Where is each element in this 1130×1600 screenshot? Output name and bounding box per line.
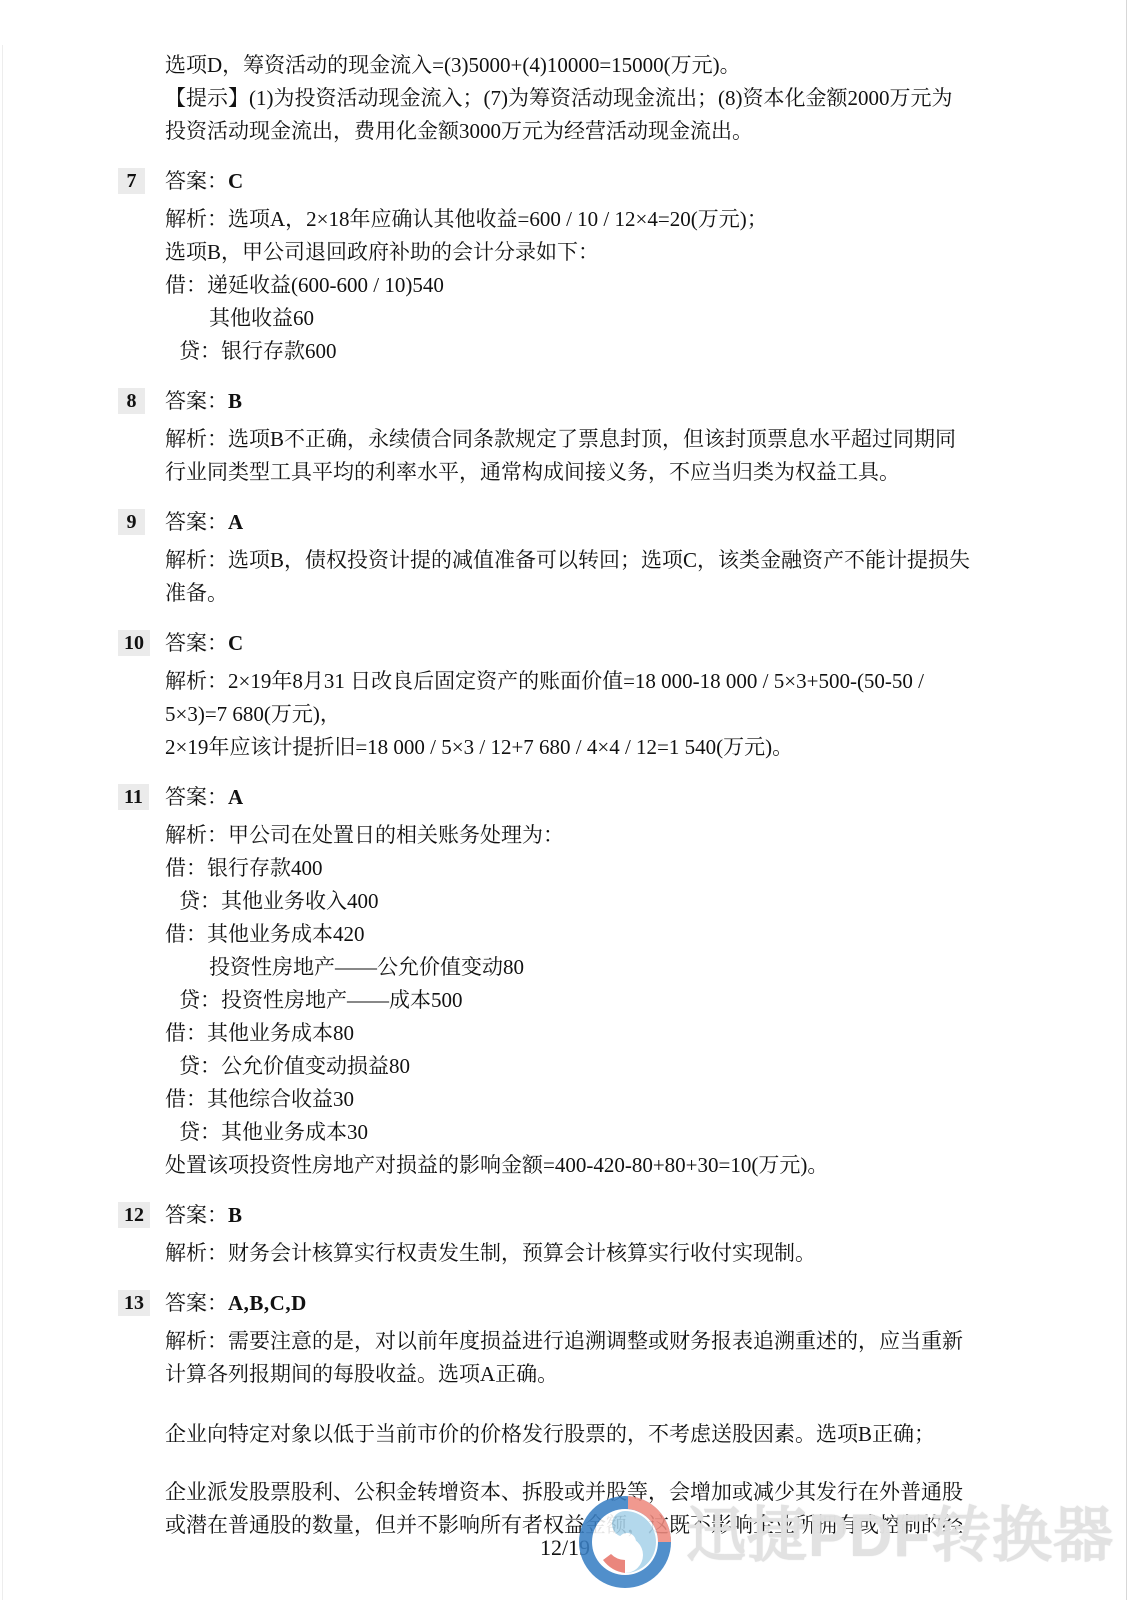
answer-label: 答案： bbox=[165, 169, 228, 193]
answer-explanation: 解析：2×19年8月31 日改良后固定资产的账面价值=18 000-18 000… bbox=[165, 665, 1005, 764]
text-line: 计算各列报期间的每股收益。选项A正确。 bbox=[165, 1358, 1005, 1391]
question-number-badge: 13 bbox=[118, 1290, 150, 1316]
text-line: 解析：2×19年8月31 日改良后固定资产的账面价值=18 000-18 000… bbox=[165, 665, 1005, 698]
text-line: 解析：甲公司在处置日的相关账务处理为： bbox=[165, 819, 1005, 852]
answer-label: 答案： bbox=[165, 631, 228, 655]
text-line: 【提示】(1)为投资活动现金流入；(7)为筹资活动现金流出；(8)资本化金额20… bbox=[165, 82, 1005, 115]
answer-item-11: 11 答案：A 解析：甲公司在处置日的相关账务处理为： 借：银行存款400 贷：… bbox=[165, 781, 1005, 1182]
answer-item-7: 7 答案：C 解析：选项A，2×18年应确认其他收益=600 / 10 / 12… bbox=[165, 165, 1005, 368]
page-number: 12/19 bbox=[0, 1531, 1130, 1564]
answer-value: B bbox=[228, 389, 243, 413]
answer-header: 11 答案：A bbox=[165, 781, 1005, 814]
answer-label: 答案： bbox=[165, 389, 228, 413]
text-line: 解析：选项B不正确，永续债合同条款规定了票息封顶，但该封顶票息水平超过同期同 bbox=[165, 423, 1005, 456]
text-line: 企业派发股票股利、公积金转增资本、拆股或并股等，会增加或减少其发行在外普通股 bbox=[165, 1476, 1005, 1509]
answer-explanation: 解析：甲公司在处置日的相关账务处理为： 借：银行存款400 贷：其他业务收入40… bbox=[165, 819, 1005, 1182]
answer-label: 答案： bbox=[165, 785, 228, 809]
answer-label: 答案： bbox=[165, 510, 228, 534]
answer-header: 10 答案：C bbox=[165, 627, 1005, 660]
entry-line: 借：递延收益(600-600 / 10)540 bbox=[165, 269, 1005, 302]
text-line: 2×19年应该计提折旧=18 000 / 5×3 / 12+7 680 / 4×… bbox=[165, 731, 1005, 764]
entry-line: 投资性房地产——公允价值变动80 bbox=[165, 951, 1005, 984]
text-line: 准备。 bbox=[165, 577, 1005, 610]
answer-value: C bbox=[228, 169, 244, 193]
entry-line: 贷：其他业务成本30 bbox=[165, 1116, 1005, 1149]
text-line: 解析：财务会计核算实行权责发生制，预算会计核算实行收付实现制。 bbox=[165, 1237, 1005, 1270]
answer-explanation: 解析：需要注意的是，对以前年度损益进行追溯调整或财务报表追溯重述的，应当重新 计… bbox=[165, 1325, 1005, 1542]
entry-line: 借：其他综合收益30 bbox=[165, 1083, 1005, 1116]
answer-item-8: 8 答案：B 解析：选项B不正确，永续债合同条款规定了票息封顶，但该封顶票息水平… bbox=[165, 385, 1005, 489]
page-left-border bbox=[2, 45, 3, 1600]
answer-header: 7 答案：C bbox=[165, 165, 1005, 198]
answer-header: 13 答案：A,B,C,D bbox=[165, 1287, 1005, 1320]
answer-header: 8 答案：B bbox=[165, 385, 1005, 418]
answer-value: A bbox=[228, 510, 244, 534]
question-number-badge: 10 bbox=[118, 630, 150, 656]
answer-label: 答案： bbox=[165, 1291, 228, 1315]
text-line: 企业向特定对象以低于当前市价的价格发行股票的，不考虑送股因素。选项B正确； bbox=[165, 1418, 1005, 1451]
answer-value: A bbox=[228, 785, 244, 809]
text-line: 处置该项投资性房地产对损益的影响金额=400-420-80+80+30=10(万… bbox=[165, 1149, 1005, 1182]
question-number-badge: 11 bbox=[118, 784, 149, 810]
text-line: 解析：选项B，债权投资计提的减值准备可以转回；选项C，该类金融资产不能计提损失 bbox=[165, 544, 1005, 577]
question-number-badge: 12 bbox=[118, 1202, 150, 1228]
pdf-document-page: 选项D，筹资活动的现金流入=(3)5000+(4)10000=15000(万元)… bbox=[0, 0, 1130, 1600]
text-line: 5×3)=7 680(万元)， bbox=[165, 698, 1005, 731]
answer-item-9: 9 答案：A 解析：选项B，债权投资计提的减值准备可以转回；选项C，该类金融资产… bbox=[165, 506, 1005, 610]
text-line: 选项B，甲公司退回政府补助的会计分录如下： bbox=[165, 236, 1005, 269]
question-number-badge: 8 bbox=[118, 388, 145, 414]
entry-line: 贷：银行存款600 bbox=[165, 335, 1005, 368]
page-right-border bbox=[1126, 0, 1127, 1600]
intro-paragraph: 选项D，筹资活动的现金流入=(3)5000+(4)10000=15000(万元)… bbox=[165, 49, 1005, 148]
answer-item-12: 12 答案：B 解析：财务会计核算实行权责发生制，预算会计核算实行收付实现制。 bbox=[165, 1199, 1005, 1270]
answer-explanation: 解析：选项A，2×18年应确认其他收益=600 / 10 / 12×4=20(万… bbox=[165, 203, 1005, 368]
answer-header: 12 答案：B bbox=[165, 1199, 1005, 1232]
entry-line: 贷：其他业务收入400 bbox=[165, 885, 1005, 918]
entry-line: 借：银行存款400 bbox=[165, 852, 1005, 885]
answer-explanation: 解析：财务会计核算实行权责发生制，预算会计核算实行收付实现制。 bbox=[165, 1237, 1005, 1270]
entry-line: 其他收益60 bbox=[165, 302, 1005, 335]
entry-line: 贷：投资性房地产——成本500 bbox=[165, 984, 1005, 1017]
answer-label: 答案： bbox=[165, 1203, 228, 1227]
answer-value: A,B,C,D bbox=[228, 1291, 307, 1315]
text-line: 选项D，筹资活动的现金流入=(3)5000+(4)10000=15000(万元)… bbox=[165, 49, 1005, 82]
answer-explanation: 解析：选项B，债权投资计提的减值准备可以转回；选项C，该类金融资产不能计提损失 … bbox=[165, 544, 1005, 610]
entry-line: 借：其他业务成本420 bbox=[165, 918, 1005, 951]
answer-value: C bbox=[228, 631, 244, 655]
text-line: 行业同类型工具平均的利率水平，通常构成间接义务，不应当归类为权益工具。 bbox=[165, 456, 1005, 489]
answers-content: 选项D，筹资活动的现金流入=(3)5000+(4)10000=15000(万元)… bbox=[165, 49, 1005, 1542]
question-number-badge: 7 bbox=[118, 168, 145, 194]
answer-item-13: 13 答案：A,B,C,D 解析：需要注意的是，对以前年度损益进行追溯调整或财务… bbox=[165, 1287, 1005, 1542]
question-number-badge: 9 bbox=[118, 509, 145, 535]
answer-explanation: 解析：选项B不正确，永续债合同条款规定了票息封顶，但该封顶票息水平超过同期同 行… bbox=[165, 423, 1005, 489]
text-line: 解析：需要注意的是，对以前年度损益进行追溯调整或财务报表追溯重述的，应当重新 bbox=[165, 1325, 1005, 1358]
answer-item-10: 10 答案：C 解析：2×19年8月31 日改良后固定资产的账面价值=18 00… bbox=[165, 627, 1005, 764]
entry-line: 贷：公允价值变动损益80 bbox=[165, 1050, 1005, 1083]
entry-line: 借：其他业务成本80 bbox=[165, 1017, 1005, 1050]
answer-value: B bbox=[228, 1203, 243, 1227]
text-line: 解析：选项A，2×18年应确认其他收益=600 / 10 / 12×4=20(万… bbox=[165, 203, 1005, 236]
text-line: 投资活动现金流出，费用化金额3000万元为经营活动现金流出。 bbox=[165, 115, 1005, 148]
answer-header: 9 答案：A bbox=[165, 506, 1005, 539]
